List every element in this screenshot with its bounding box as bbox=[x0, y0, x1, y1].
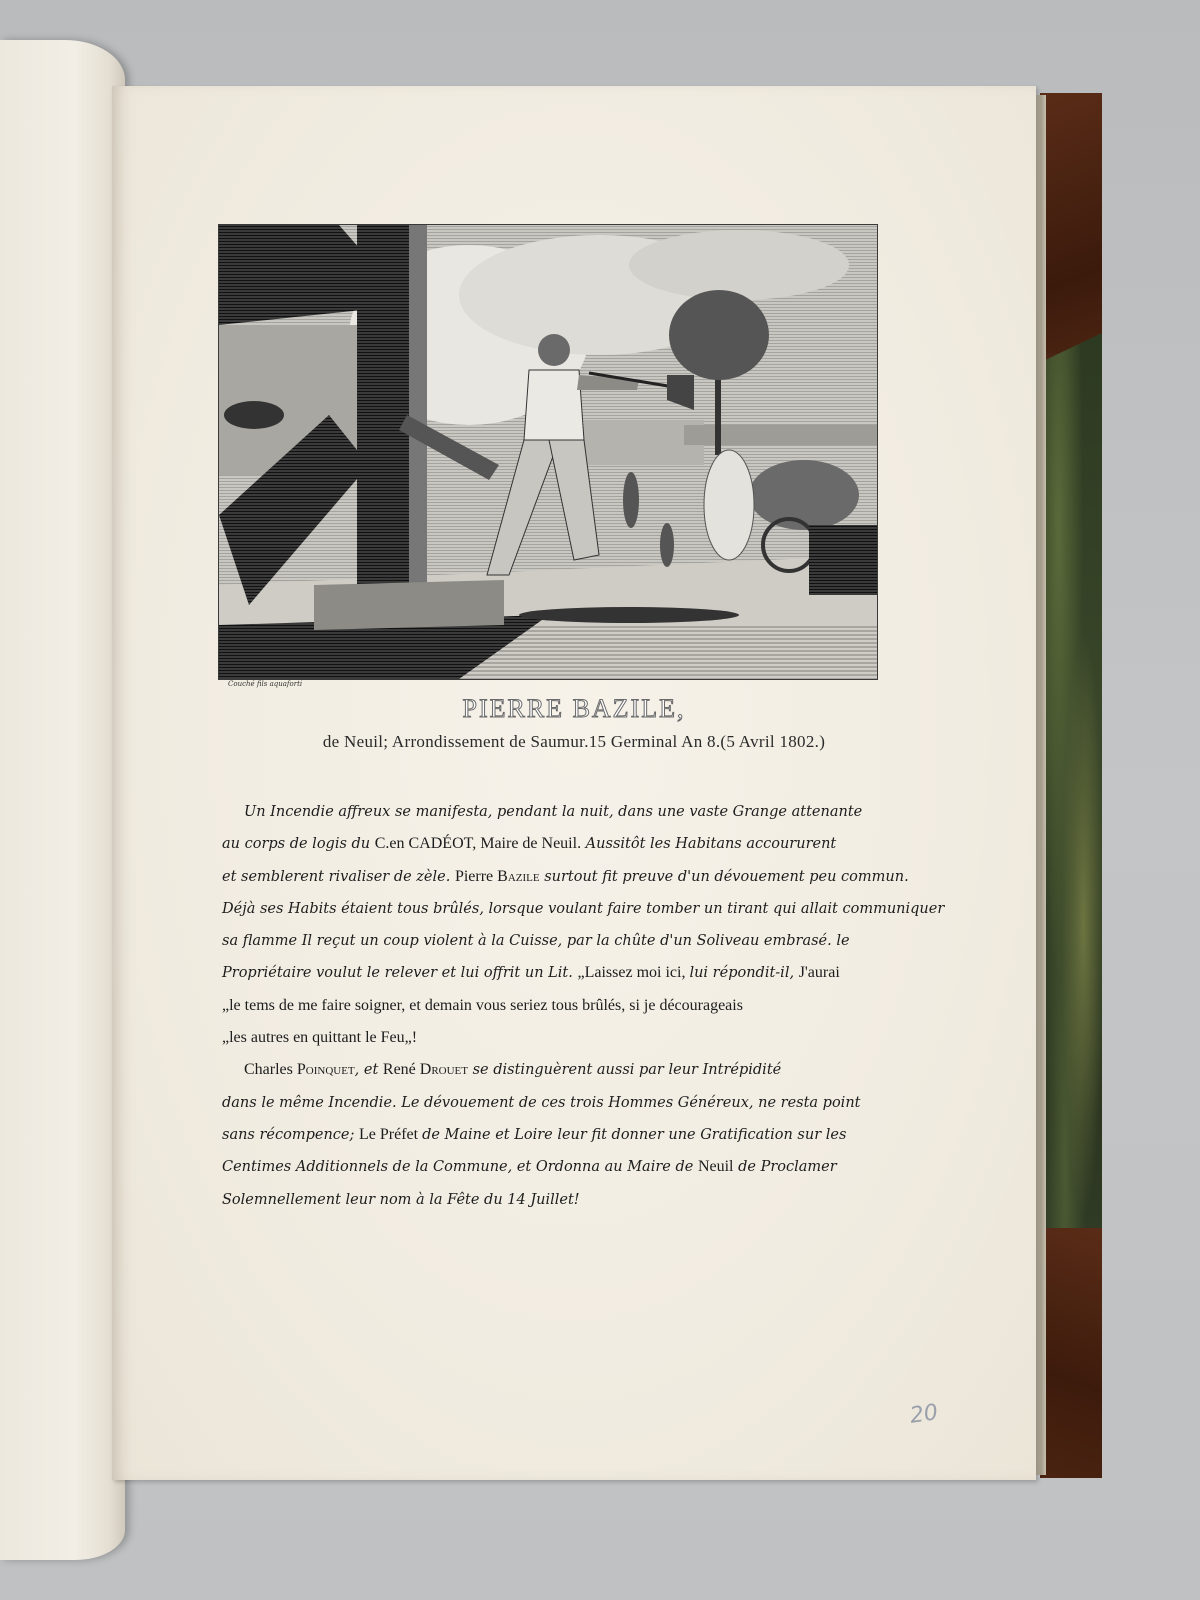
text-segment: sans récompence; bbox=[222, 1127, 359, 1143]
text-line: Un Incendie affreux se manifesta, pendan… bbox=[222, 796, 882, 828]
plate-subtitle: de Neuil; Arrondissement de Saumur.15 Ge… bbox=[112, 732, 1036, 752]
paragraph-1: Un Incendie affreux se manifesta, pendan… bbox=[222, 796, 882, 1054]
book-page: Couché fils aquaforti PIERRE BAZILE, de … bbox=[112, 86, 1036, 1480]
text-segment: Drouet bbox=[420, 1061, 468, 1078]
text-segment: se distinguèrent aussi par leur Intrépid… bbox=[468, 1062, 781, 1078]
text-segment: Un Incendie affreux se manifesta, pendan… bbox=[244, 804, 862, 820]
text-segment: dans le même Incendie. Le dévouement de … bbox=[222, 1095, 860, 1111]
pencil-page-number: 20 bbox=[908, 1400, 939, 1429]
text-segment: de Proclamer bbox=[733, 1159, 836, 1175]
text-segment: „les autres en quittant le Feu„! bbox=[222, 1029, 417, 1046]
text-segment: C.en CADÉOT, Maire de Neuil. bbox=[375, 835, 581, 852]
text-segment: Poinquet bbox=[297, 1061, 355, 1078]
text-line: Charles Poinquet, et René Drouet se dist… bbox=[222, 1054, 882, 1086]
text-segment: „le tems de me faire soigner, et demain … bbox=[222, 997, 743, 1014]
marbled-board bbox=[1040, 333, 1102, 1318]
text-segment: Centimes Additionnels de la Commune, et … bbox=[222, 1159, 698, 1175]
text-line: Centimes Additionnels de la Commune, et … bbox=[222, 1151, 882, 1183]
text-line: et semblerent rivaliser de zèle. Pierre … bbox=[222, 861, 882, 893]
leather-corner-top bbox=[1040, 93, 1102, 353]
text-segment: au corps de logis du bbox=[222, 836, 375, 852]
text-segment: Pierre bbox=[455, 868, 497, 885]
body-text: Un Incendie affreux se manifesta, pendan… bbox=[222, 796, 882, 1216]
text-segment: Charles bbox=[244, 1061, 297, 1078]
text-segment: lui répondit-il, bbox=[689, 965, 798, 981]
text-line: Déjà ses Habits étaient tous brûlés, lor… bbox=[222, 893, 882, 925]
text-segment: „Laissez moi ici, bbox=[577, 964, 689, 981]
text-segment: Propriétaire voulut le relever et lui of… bbox=[222, 965, 577, 981]
text-segment: Aussitôt les Habitans accoururent bbox=[581, 836, 836, 852]
paragraph-2: Charles Poinquet, et René Drouet se dist… bbox=[222, 1054, 882, 1215]
text-segment: Déjà ses Habits étaient tous brûlés, lor… bbox=[222, 901, 944, 917]
engraving-illustration bbox=[218, 224, 878, 680]
text-line: Solemnellement leur nom à la Fête du 14 … bbox=[222, 1184, 882, 1216]
text-segment: , et bbox=[355, 1062, 383, 1078]
text-segment: de Maine et Loire leur fit donner une Gr… bbox=[422, 1127, 846, 1143]
text-line: Propriétaire voulut le relever et lui of… bbox=[222, 957, 882, 989]
engraver-signature: Couché fils aquaforti bbox=[228, 680, 302, 688]
text-segment: René bbox=[383, 1061, 420, 1078]
text-segment: Le Préfet bbox=[359, 1126, 422, 1143]
text-line: sa flamme Il reçut un coup violent à la … bbox=[222, 925, 882, 957]
text-segment: sa flamme Il reçut un coup violent à la … bbox=[222, 933, 850, 949]
text-line: „les autres en quittant le Feu„! bbox=[222, 1022, 882, 1054]
text-line: dans le même Incendie. Le dévouement de … bbox=[222, 1087, 882, 1119]
text-segment: surtout fit preuve d'un dévouement peu c… bbox=[540, 869, 909, 885]
text-segment: J'aurai bbox=[799, 964, 840, 981]
text-segment: Neuil bbox=[698, 1158, 734, 1175]
left-facing-page bbox=[0, 40, 125, 1560]
text-segment: Solemnellement leur nom à la Fête du 14 … bbox=[222, 1192, 580, 1208]
text-line: sans récompence; Le Préfet de Maine et L… bbox=[222, 1119, 882, 1151]
text-line: au corps de logis du C.en CADÉOT, Maire … bbox=[222, 828, 882, 860]
book-cover bbox=[1040, 93, 1102, 1478]
text-segment: et semblerent rivaliser de zèle. bbox=[222, 869, 455, 885]
plate-title: PIERRE BAZILE, bbox=[112, 694, 1036, 724]
leather-corner-bottom bbox=[1040, 1228, 1102, 1478]
text-segment: Bazile bbox=[497, 868, 539, 885]
text-line: „le tems de me faire soigner, et demain … bbox=[222, 990, 882, 1022]
